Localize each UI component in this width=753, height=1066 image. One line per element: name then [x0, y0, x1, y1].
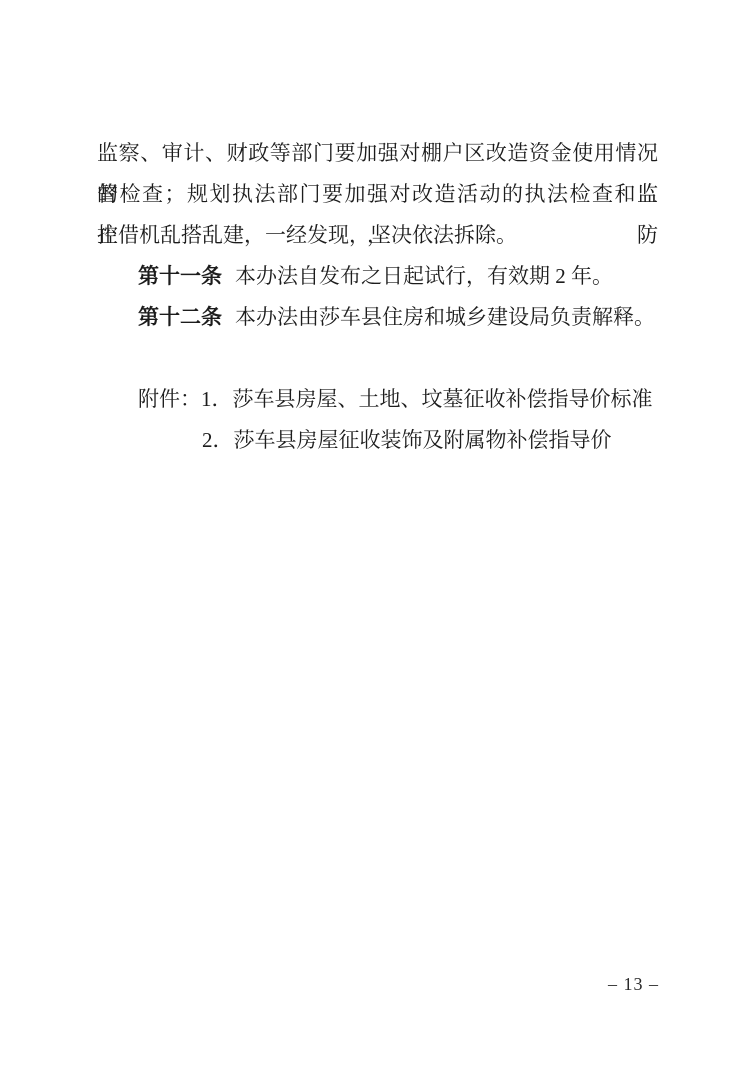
page-number: – 13 – [608, 975, 659, 993]
article-12-label: 第十二条 [138, 306, 222, 329]
article-11-line: 第十一条本办法自发布之日起试行，有效期 2 年。 [97, 256, 658, 297]
document-body: 监察、审计、财政等部门要加强对棚户区改造资金使用情况的监 督检查；规划执法部门要… [97, 133, 658, 461]
attachment-2-number: 2． [202, 428, 234, 452]
attachment-line-1: 附件：1．莎车县房屋、土地、坟墓征收补偿指导价标准 [97, 379, 658, 420]
article-11-label: 第十一条 [138, 265, 222, 288]
attachment-line-2: 2．莎车县房屋征收装饰及附属物补偿指导价 [97, 420, 658, 461]
attachment-1-title: 莎车县房屋、土地、坟墓征收补偿指导价标准 [233, 387, 653, 411]
document-page: 监察、审计、财政等部门要加强对棚户区改造资金使用情况的监 督检查；规划执法部门要… [0, 0, 753, 1066]
attachments-label: 附件： [138, 387, 201, 411]
attachment-2-title: 莎车县房屋征收装饰及附属物补偿指导价 [234, 428, 612, 452]
article-12-line: 第十二条本办法由莎车县住房和城乡建设局负责解释。 [97, 297, 658, 338]
article-12-text: 本办法由莎车县住房和城乡建设局负责解释。 [235, 305, 655, 329]
paragraph-line-1: 监察、审计、财政等部门要加强对棚户区改造资金使用情况的监 [97, 133, 658, 174]
article-11-text: 本办法自发布之日起试行，有效期 2 年。 [235, 264, 613, 288]
paragraph-line-2: 督检查；规划执法部门要加强对改造活动的执法检查和监控，防 [97, 174, 658, 215]
blank-line [97, 338, 658, 379]
attachment-1-number: 1． [201, 387, 233, 411]
